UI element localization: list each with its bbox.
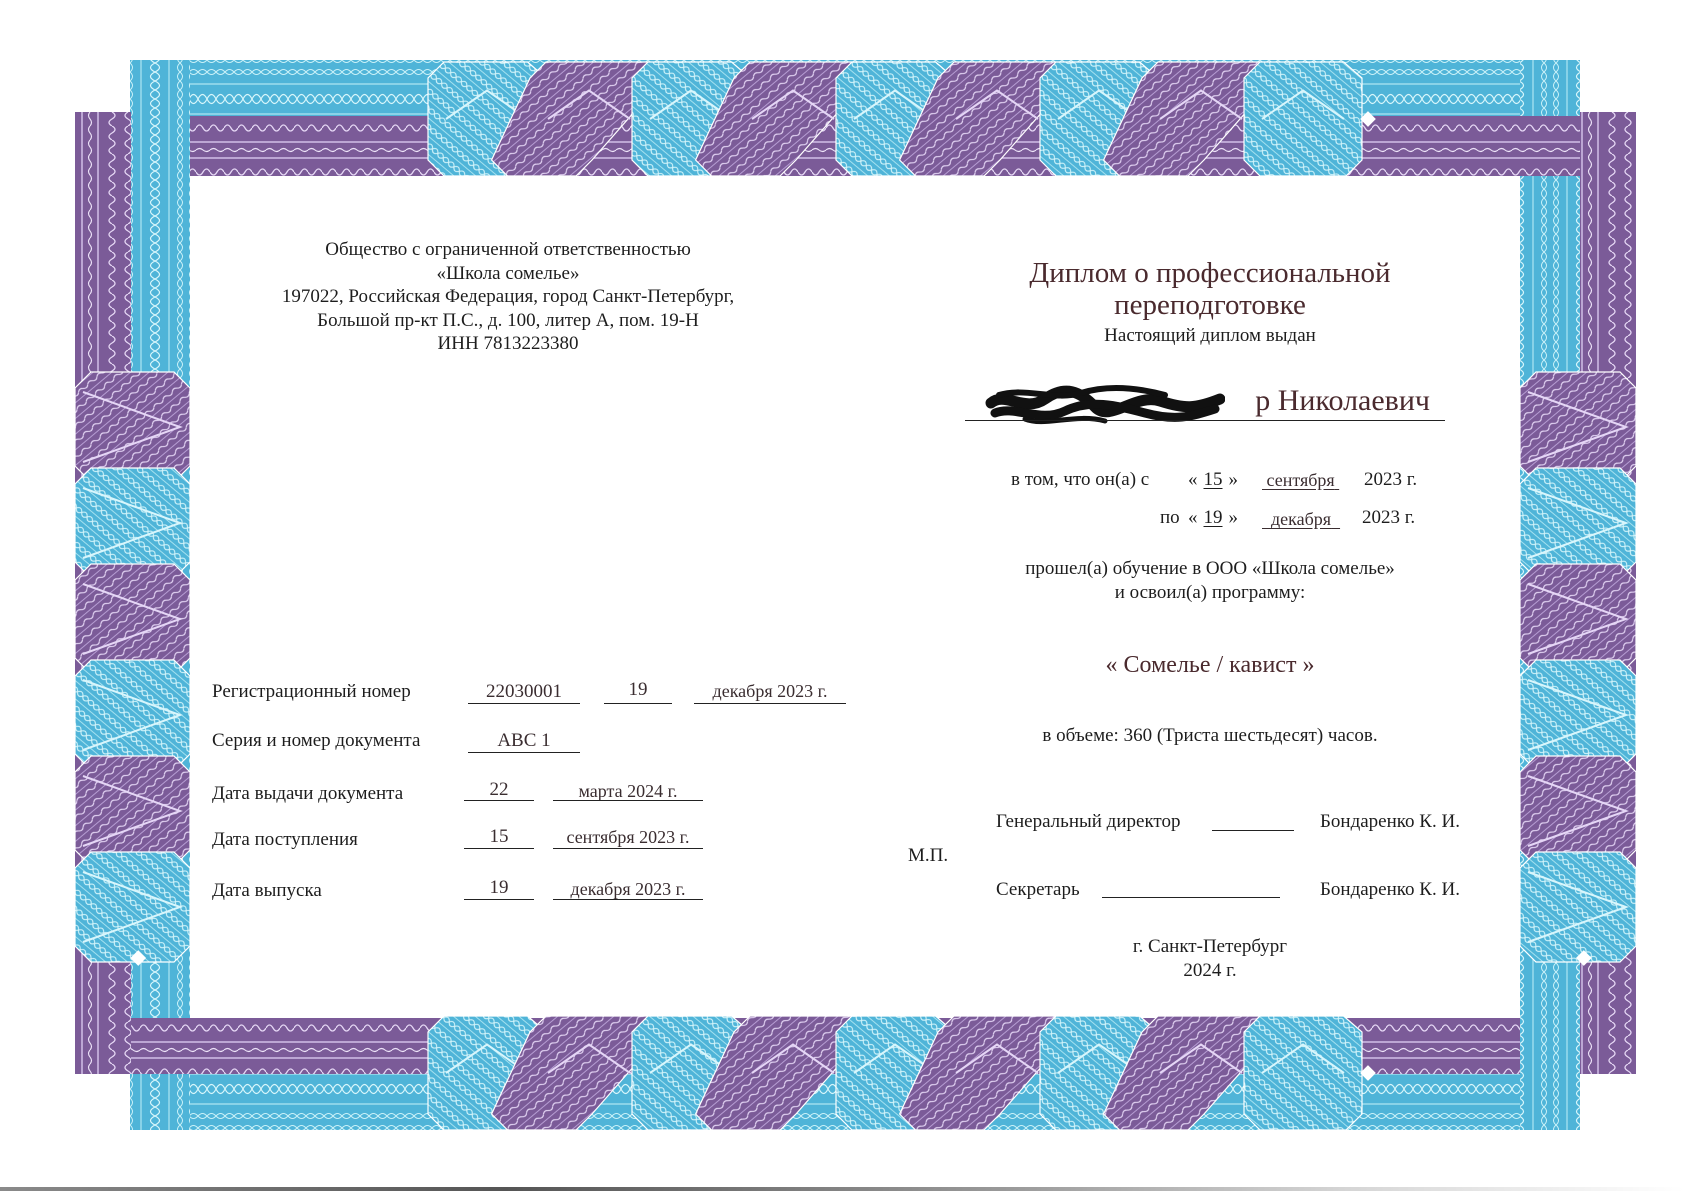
director-label: Генеральный директор <box>996 811 1180 833</box>
issued-to-label: Настоящий диплом выдан <box>960 325 1460 347</box>
graduation-date-label: Дата выпуска <box>212 880 322 902</box>
from-day-value: 15 <box>1198 469 1229 490</box>
diploma-title-line1: Диплом о профессиональной <box>960 257 1460 289</box>
to-month: декабря <box>1262 509 1340 530</box>
series-label: Серия и номер документа <box>212 730 420 752</box>
reg-month-year-value: декабря 2023 г. <box>694 681 846 702</box>
issue-date-label: Дата выдачи документа <box>212 783 403 805</box>
issue-day-value: 22 <box>464 779 534 801</box>
enrollment-month-year-value: сентября 2023 г. <box>553 827 703 848</box>
diploma-title: Диплом о профессиональной переподготовке <box>960 257 1460 321</box>
issue-month-year-value: марта 2024 г. <box>553 781 703 802</box>
issuer-block: Общество с ограниченной ответственностью… <box>248 238 768 356</box>
graduation-month-year-value: декабря 2023 г. <box>553 879 703 900</box>
completed-line1: прошел(а) обучение в ООО «Школа сомелье» <box>960 558 1460 580</box>
program-volume: в объеме: 360 (Триста шестьдесят) часов. <box>960 725 1460 747</box>
issuer-address-line2: Большой пр-кт П.С., д. 100, литер А, пом… <box>248 309 768 333</box>
reg-number-value: 22030001 <box>468 681 580 703</box>
series-value: ABC 1 <box>468 730 580 752</box>
from-day: «15» <box>1188 469 1238 491</box>
stamp-place-label: М.П. <box>908 845 948 867</box>
from-label: в том, что он(а) с <box>1011 469 1149 491</box>
footer-year: 2024 г. <box>1060 960 1360 982</box>
from-year: 2023 г. <box>1364 469 1417 491</box>
diploma-title-line2: переподготовке <box>960 289 1460 321</box>
redaction-scribble <box>985 383 1225 433</box>
issuer-inn: ИНН 7813223380 <box>248 332 768 356</box>
graduation-day-value: 19 <box>464 877 534 899</box>
program-name: « Сомелье / кавист » <box>960 652 1460 679</box>
to-label: по <box>1160 507 1180 529</box>
reg-day-value: 19 <box>604 679 672 701</box>
from-month: сентября <box>1262 470 1339 491</box>
reg-number-label: Регистрационный номер <box>212 681 411 703</box>
enrollment-date-label: Дата поступления <box>212 829 358 851</box>
to-year: 2023 г. <box>1362 507 1415 529</box>
scan-edge-artifact <box>0 1187 1684 1191</box>
director-name: Бондаренко К. И. <box>1320 811 1460 833</box>
to-day: «19» <box>1188 507 1238 529</box>
secretary-label: Секретарь <box>996 879 1080 901</box>
enrollment-day-value: 15 <box>464 826 534 848</box>
to-day-value: 19 <box>1198 507 1229 528</box>
footer-city: г. Санкт-Петербург <box>1060 936 1360 958</box>
secretary-name: Бондаренко К. И. <box>1320 879 1460 901</box>
issuer-org-type: Общество с ограниченной ответственностью <box>248 238 768 262</box>
issuer-address-line1: 197022, Российская Федерация, город Санк… <box>248 285 768 309</box>
completed-line2: и освоил(а) программу: <box>960 582 1460 604</box>
issuer-org-name: «Школа сомелье» <box>248 262 768 286</box>
